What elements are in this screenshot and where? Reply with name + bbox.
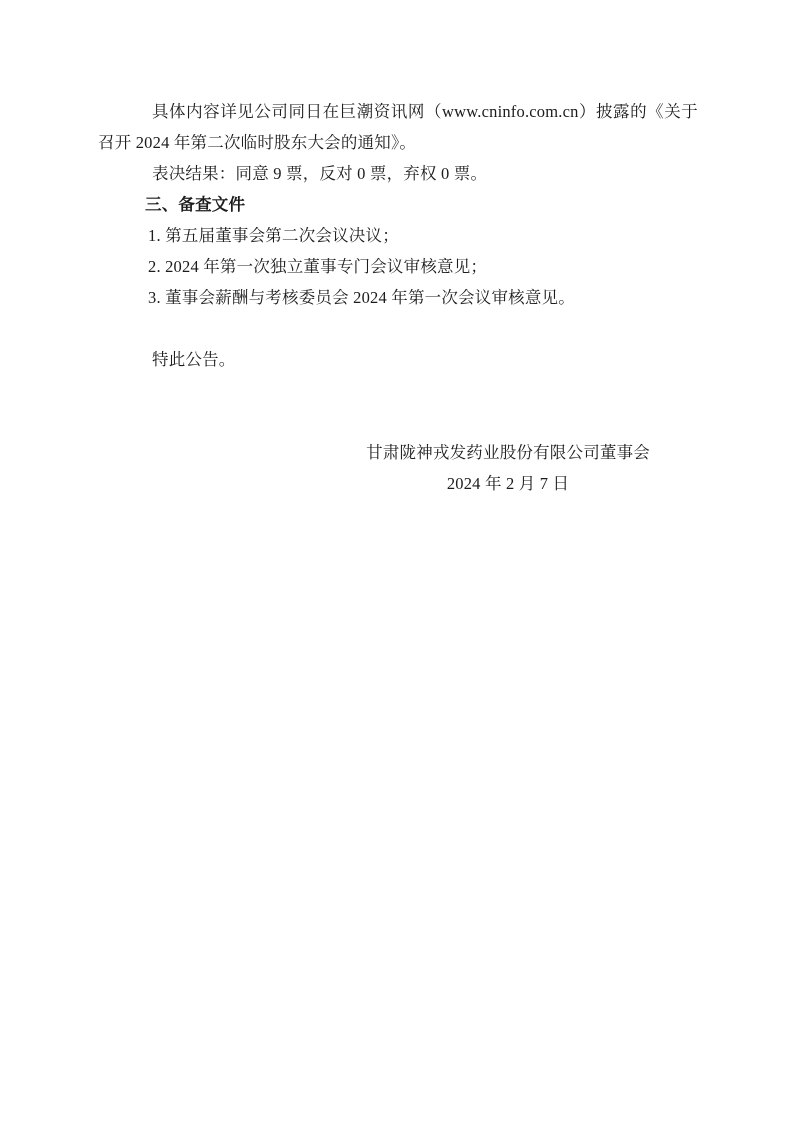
signature-date: 2024 年 2 月 7 日 — [366, 468, 650, 499]
closing-statement: 特此公告。 — [98, 344, 698, 375]
vote-result-paragraph: 表决结果：同意 9 票，反对 0 票，弃权 0 票。 — [98, 158, 698, 189]
document-content: 具体内容详见公司同日在巨潮资讯网（www.cninfo.com.cn）披露的《关… — [98, 96, 698, 499]
reference-item-3: 3. 董事会薪酬与考核委员会 2024 年第一次会议审核意见。 — [98, 282, 698, 313]
section-heading-reference-documents: 三、备查文件 — [98, 189, 698, 220]
reference-item-1: 1. 第五届董事会第二次会议决议； — [98, 220, 698, 251]
paragraph-disclosure-line2: 召开 2024 年第二次临时股东大会的通知》。 — [98, 127, 698, 158]
paragraph-disclosure-line1: 具体内容详见公司同日在巨潮资讯网（www.cninfo.com.cn）披露的《关… — [98, 96, 698, 127]
signature-company-name: 甘肃陇神戎发药业股份有限公司董事会 — [366, 437, 650, 468]
signature-block: 甘肃陇神戎发药业股份有限公司董事会 2024 年 2 月 7 日 — [366, 437, 650, 499]
reference-item-2: 2. 2024 年第一次独立董事专门会议审核意见； — [98, 251, 698, 282]
document-page: 具体内容详见公司同日在巨潮资讯网（www.cninfo.com.cn）披露的《关… — [0, 0, 794, 1122]
